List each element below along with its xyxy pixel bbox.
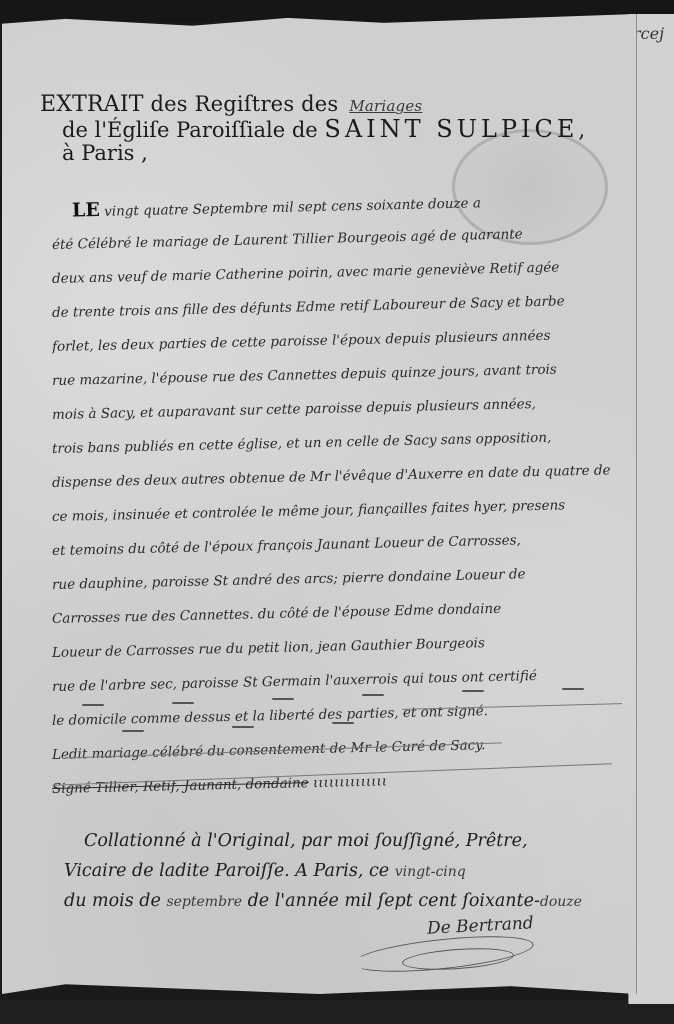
footer-du-mois-text: du mois de bbox=[64, 891, 161, 911]
filler-dash bbox=[172, 702, 194, 704]
footer-vicaire-text: Vicaire de ladite Paroiſſe. A Paris, ce bbox=[64, 861, 389, 881]
footer-line-2: Vicaire de ladite Paroiſſe. A Paris, ce … bbox=[64, 856, 582, 886]
scan-background-bottom bbox=[0, 1000, 674, 1024]
certification-footer: Collationné à l'Original, par moi ſouſſi… bbox=[64, 826, 582, 916]
header-line-2: de l'Égliſe Paroiſſiale de SAINT SULPICE… bbox=[62, 115, 585, 143]
struck-tail-marks: ιιιιιιιιιιιιιι bbox=[313, 773, 387, 791]
header-line-3: à Paris , bbox=[62, 141, 585, 165]
footer-line-1: Collationné à l'Original, par moi ſouſſi… bbox=[84, 826, 582, 856]
printed-header: EXTRAIT des Regiſtres des Mariages de l'… bbox=[40, 92, 585, 165]
filler-dash bbox=[462, 690, 484, 692]
struck-signatures: Signé Tillier, Retif, Jaunant, dondaine bbox=[52, 775, 309, 797]
header-line-1: EXTRAIT des Regiſtres des Mariages bbox=[40, 92, 585, 117]
parish-name: SAINT SULPICE bbox=[324, 115, 578, 143]
priest-signature: De Bertrand bbox=[427, 913, 535, 939]
le-initial: LE bbox=[72, 199, 100, 222]
filler-dash bbox=[232, 726, 254, 728]
extrait-heading: EXTRAIT bbox=[40, 92, 144, 117]
header-comma: , bbox=[578, 118, 585, 142]
certification-year-handwritten: douze bbox=[540, 894, 582, 910]
register-type-handwritten: Mariages bbox=[349, 97, 422, 115]
filler-dash bbox=[272, 698, 294, 700]
filler-dash bbox=[82, 704, 104, 706]
certification-month-handwritten: septembre bbox=[166, 894, 242, 910]
marriage-record-body: LE vingt quatre Septembre mil sept cens … bbox=[52, 194, 632, 806]
header-city: à Paris , bbox=[62, 141, 148, 165]
footer-annee-text: de l'année mil ſept cent ſoixante- bbox=[248, 891, 540, 911]
header-eglise-text: de l'Égliſe Paroiſſiale de bbox=[62, 118, 318, 142]
filler-dash bbox=[362, 694, 384, 696]
certification-day-handwritten: vingt-cinq bbox=[395, 864, 466, 880]
footer-line-3: du mois de septembre de l'année mil ſept… bbox=[64, 886, 582, 916]
adjacent-page-text: rcej bbox=[633, 24, 664, 43]
filler-dash bbox=[562, 688, 584, 690]
record-line-text: vingt quatre Septembre mil sept cens soi… bbox=[104, 195, 481, 220]
header-registres-text: des Regiſtres des bbox=[151, 92, 339, 116]
document-page: EXTRAIT des Regiſtres des Mariages de l'… bbox=[2, 14, 637, 994]
filler-dash bbox=[122, 730, 144, 732]
filler-dash bbox=[332, 722, 354, 724]
